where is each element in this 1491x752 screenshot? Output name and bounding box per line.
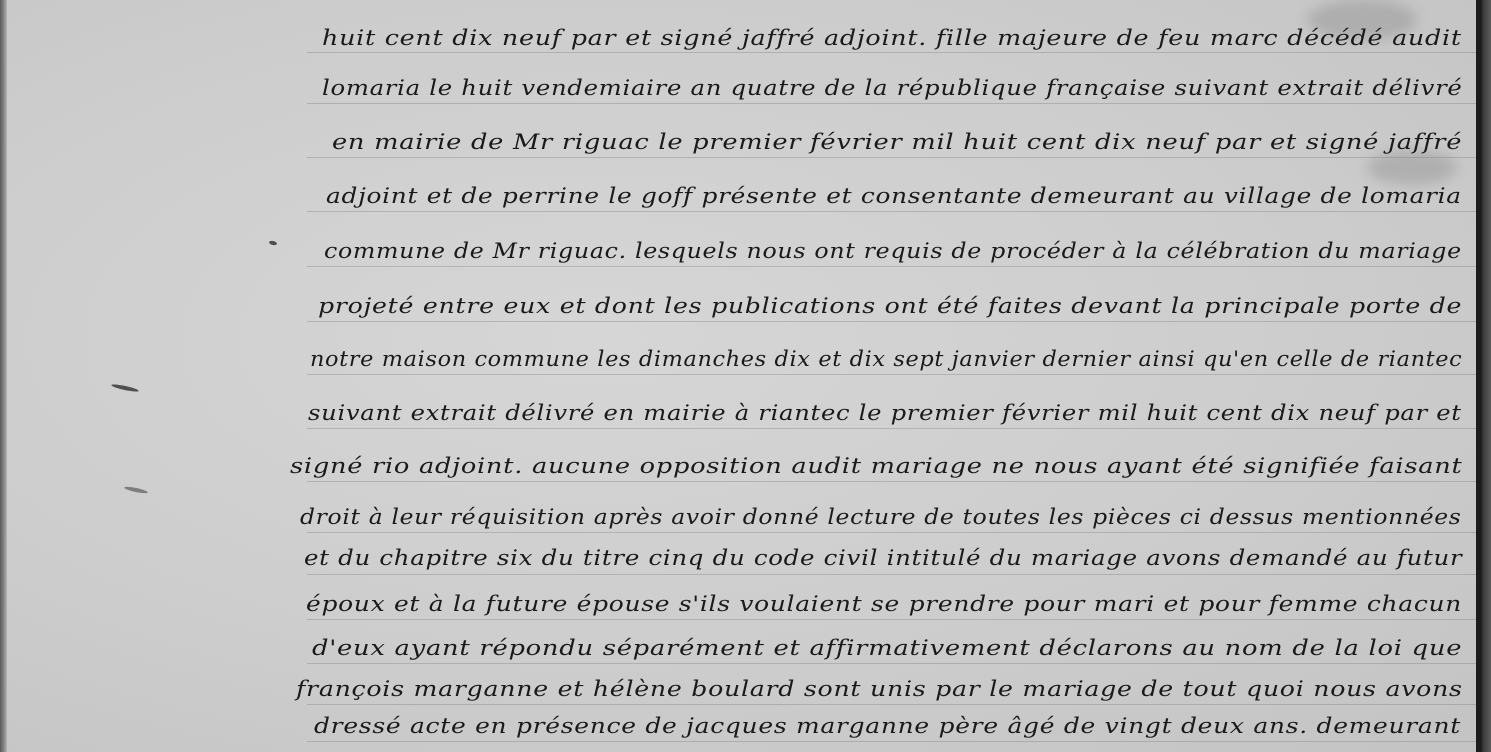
handwritten-line-11: et du chapitre six du titre cinq du code…	[304, 546, 1462, 570]
handwritten-line-3: en mairie de Mr riguac le premier févrie…	[332, 130, 1462, 154]
ruled-line	[307, 704, 1477, 705]
handwritten-line-14: françois marganne et hélène boulard sont…	[296, 677, 1463, 701]
ink-spot-1	[111, 383, 139, 393]
ruled-line	[307, 266, 1477, 267]
page-surface: huit cent dix neuf par et signé jaffré a…	[7, 0, 1476, 752]
handwritten-line-2: lomaria le huit vendemiaire an quatre de…	[322, 76, 1463, 100]
ruled-line	[307, 428, 1477, 429]
handwritten-line-1: huit cent dix neuf par et signé jaffré a…	[322, 26, 1462, 50]
ruled-line	[307, 374, 1477, 375]
ruled-line	[307, 619, 1477, 620]
handwritten-line-4: adjoint et de perrine le goff présente e…	[326, 184, 1462, 208]
ruled-line	[307, 663, 1477, 664]
ruled-line	[307, 103, 1477, 104]
ruled-line	[307, 157, 1477, 158]
handwritten-line-8: suivant extrait délivré en mairie à rian…	[308, 401, 1462, 425]
smudge-right	[1367, 150, 1457, 185]
handwritten-line-6: projeté entre eux et dont les publicatio…	[318, 294, 1462, 318]
ruled-line	[307, 574, 1477, 575]
handwritten-line-13: d'eux ayant répondu séparément et affirm…	[312, 636, 1462, 660]
handwritten-line-7: notre maison commune les dimanches dix e…	[310, 347, 1462, 371]
left-binding-shadow	[0, 0, 7, 752]
ruled-line	[307, 481, 1477, 482]
ruled-line	[307, 52, 1477, 53]
ruled-line	[307, 741, 1477, 742]
ruled-line	[307, 532, 1477, 533]
handwritten-line-15: dressé acte en présence de jacques marga…	[314, 714, 1461, 738]
handwritten-line-5: commune de Mr riguac. lesquels nous ont …	[324, 239, 1462, 263]
handwritten-line-12: époux et à la future épouse s'ils voulai…	[306, 592, 1462, 616]
ink-spot-2	[124, 486, 148, 495]
handwritten-line-10: droit à leur réquisition après avoir don…	[300, 505, 1461, 529]
ruled-line	[307, 211, 1477, 212]
ruled-line	[307, 321, 1477, 322]
right-page-edge	[1476, 0, 1491, 752]
handwritten-line-9: signé rio adjoint. aucune opposition aud…	[290, 454, 1463, 478]
ink-spot-3	[269, 240, 278, 246]
scanned-register-page: huit cent dix neuf par et signé jaffré a…	[0, 0, 1491, 752]
